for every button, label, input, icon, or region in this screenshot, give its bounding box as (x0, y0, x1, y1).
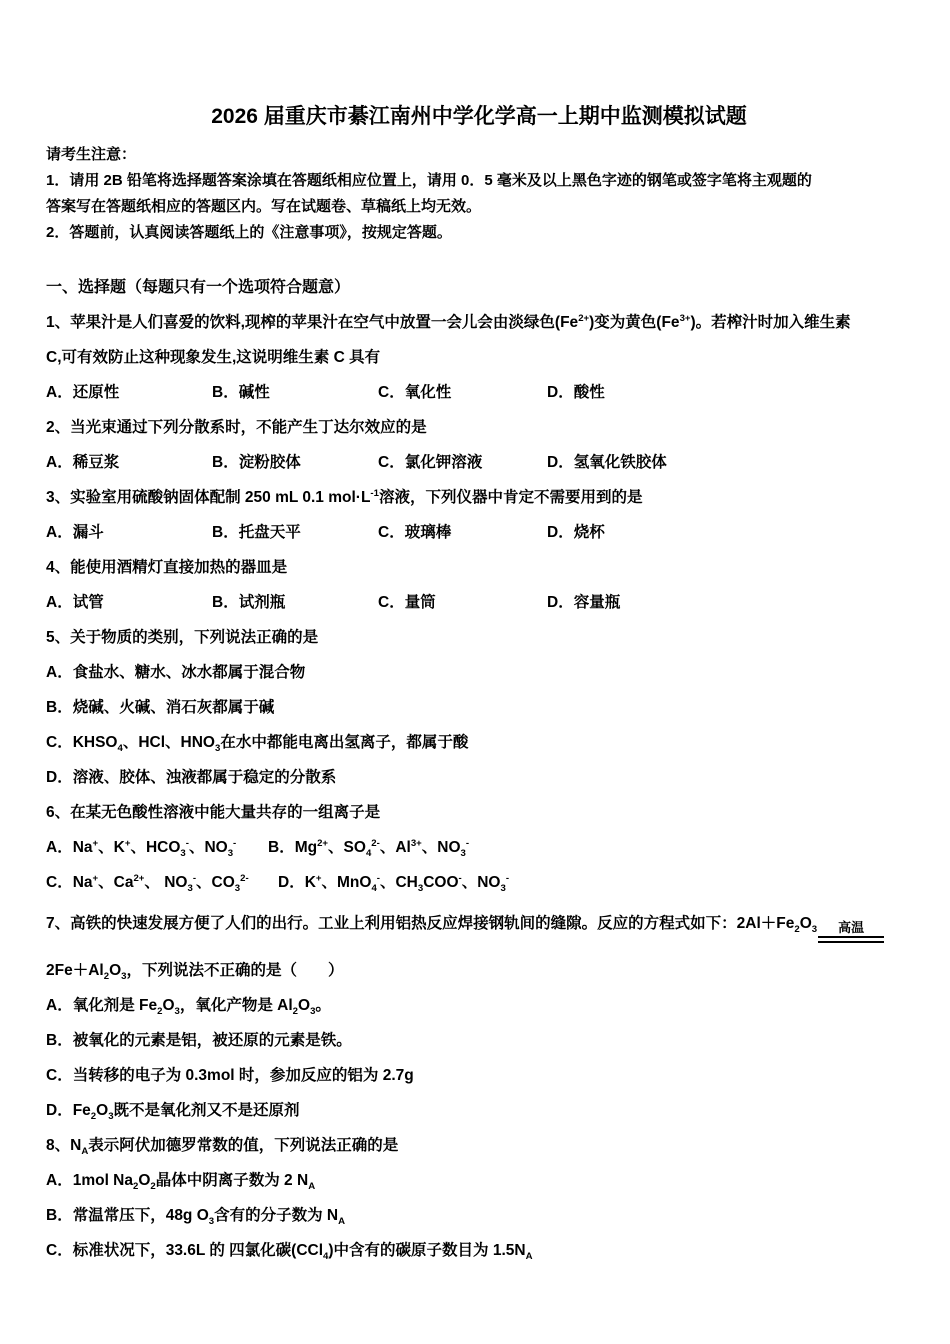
question-6-options-row-1: A．Na+、K+、HCO3-、NO3- B．Mg2+、SO42-、Al3+、NO… (46, 830, 912, 865)
question-2-options: A．稀豆浆 B．淀粉胶体 C．氯化钾溶液 D．氢氧化铁胶体 (46, 445, 912, 480)
question-7-option-c: C．当转移的电子为 0.3mol 时，参加反应的铝为 2.7g (46, 1058, 912, 1093)
question-8-option-b: B．常温常压下，48g O3含有的分子数为 NA (46, 1198, 912, 1233)
question-3-option-a: A．漏斗 (46, 515, 212, 550)
question-8: 8、NA表示阿伏加德罗常数的值，下列说法正确的是 A．1mol Na2O2晶体中… (46, 1128, 912, 1268)
question-2: 2、当光束通过下列分散系时，不能产生丁达尔效应的是 A．稀豆浆 B．淀粉胶体 C… (46, 410, 912, 480)
question-7-option-a: A．氧化剂是 Fe2O3，氧化产物是 Al2O3。 (46, 988, 912, 1023)
question-4-option-d: D．容量瓶 (547, 585, 912, 620)
notice-line-2: 答案写在答题纸相应的答题区内。写在试题卷、草稿纸上均无效。 (46, 194, 912, 220)
question-7-text-line-2: 2Fe＋Al2O3，下列说法不正确的是（ ） (46, 953, 912, 988)
question-5-option-d: D．溶液、胶体、浊液都属于稳定的分散系 (46, 760, 912, 795)
exam-title: 2026 届重庆市綦江南州中学化学高一上期中监测模拟试题 (46, 104, 912, 130)
question-2-option-a: A．稀豆浆 (46, 445, 212, 480)
question-1-option-c: C．氧化性 (378, 375, 547, 410)
question-6-option-b: B．Mg2+、SO42-、Al3+、NO3- (268, 830, 912, 865)
question-3-option-d: D．烧杯 (547, 515, 912, 550)
question-7-text-and-equation: 7、高铁的快速发展方便了人们的出行。工业上利用铝热反应焊接钢轨间的缝隙。反应的方… (46, 915, 817, 932)
question-5-text: 5、关于物质的类别，下列说法正确的是 (46, 620, 912, 655)
question-6-options-row-2: C．Na+、Ca2+、 NO3-、CO32- D．K+、MnO4-、CH3COO… (46, 865, 912, 900)
section-1-heading: 一、选择题（每题只有一个选项符合题意） (46, 270, 912, 305)
question-3-option-c: C．玻璃棒 (378, 515, 547, 550)
question-6-option-d: D．K+、MnO4-、CH3COO-、NO3- (278, 865, 912, 900)
exam-page: 2026 届重庆市綦江南州中学化学高一上期中监测模拟试题 请考生注意： 1．请用… (0, 0, 950, 1344)
notice-line-3: 2．答题前，认真阅读答题纸上的《注意事项》，按规定答题。 (46, 220, 912, 246)
question-5: 5、关于物质的类别，下列说法正确的是 A．食盐水、糖水、冰水都属于混合物 B．烧… (46, 620, 912, 795)
question-4-option-b: B．试剂瓶 (212, 585, 378, 620)
question-6-option-c: C．Na+、Ca2+、 NO3-、CO32- (46, 865, 278, 900)
question-1-text-line-2: C,可有效防止这种现象发生,这说明维生素 C 具有 (46, 340, 912, 375)
question-1-options: A．还原性 B．碱性 C．氧化性 D．酸性 (46, 375, 912, 410)
question-4-options: A．试管 B．试剂瓶 C．量筒 D．容量瓶 (46, 585, 912, 620)
question-5-option-b: B．烧碱、火碱、消石灰都属于碱 (46, 690, 912, 725)
question-6-text: 6、在某无色酸性溶液中能大量共存的一组离子是 (46, 795, 912, 830)
double-equals-line (818, 936, 884, 943)
question-4: 4、能使用酒精灯直接加热的器皿是 A．试管 B．试剂瓶 C．量筒 D．容量瓶 (46, 550, 912, 620)
question-4-option-c: C．量筒 (378, 585, 547, 620)
question-2-option-d: D．氢氧化铁胶体 (547, 445, 912, 480)
question-2-option-c: C．氯化钾溶液 (378, 445, 547, 480)
notice-heading: 请考生注意： (46, 142, 912, 168)
question-1-option-b: B．碱性 (212, 375, 378, 410)
question-3-options: A．漏斗 B．托盘天平 C．玻璃棒 D．烧杯 (46, 515, 912, 550)
question-8-option-c: C．标准状况下，33.6L 的 四氯化碳(CCl4)中含有的碳原子数目为 1.5… (46, 1233, 912, 1268)
notice-section: 请考生注意： 1．请用 2B 铅笔将选择题答案涂填在答题纸相应位置上，请用 0．… (46, 142, 912, 246)
question-6: 6、在某无色酸性溶液中能大量共存的一组离子是 A．Na+、K+、HCO3-、NO… (46, 795, 912, 900)
question-5-option-a: A．食盐水、糖水、冰水都属于混合物 (46, 655, 912, 690)
question-6-option-a: A．Na+、K+、HCO3-、NO3- (46, 830, 268, 865)
question-3-text: 3、实验室用硫酸钠固体配制 250 mL 0.1 mol·L-1溶液，下列仪器中… (46, 480, 912, 515)
question-8-option-a: A．1mol Na2O2晶体中阴离子数为 2 NA (46, 1163, 912, 1198)
question-4-text: 4、能使用酒精灯直接加热的器皿是 (46, 550, 912, 585)
question-8-text: 8、NA表示阿伏加德罗常数的值，下列说法正确的是 (46, 1128, 912, 1163)
question-1-option-a: A．还原性 (46, 375, 212, 410)
question-7-option-b: B．被氧化的元素是铝，被还原的元素是铁。 (46, 1023, 912, 1058)
question-1-text-line-1: 1、苹果汁是人们喜爱的饮料,现榨的苹果汁在空气中放置一会儿会由淡绿色(Fe2+)… (46, 305, 912, 340)
question-4-option-a: A．试管 (46, 585, 212, 620)
question-1: 1、苹果汁是人们喜爱的饮料,现榨的苹果汁在空气中放置一会儿会由淡绿色(Fe2+)… (46, 305, 912, 410)
question-1-option-d: D．酸性 (547, 375, 912, 410)
question-5-option-c: C．KHSO4、HCl、HNO3在水中都能电离出氢离子，都属于酸 (46, 725, 912, 760)
reaction-condition-over-equals: 高温 (818, 920, 884, 943)
question-2-text: 2、当光束通过下列分散系时，不能产生丁达尔效应的是 (46, 410, 912, 445)
question-3-option-b: B．托盘天平 (212, 515, 378, 550)
question-7-option-d: D．Fe2O3既不是氧化剂又不是还原剂 (46, 1093, 912, 1128)
notice-line-1: 1．请用 2B 铅笔将选择题答案涂填在答题纸相应位置上，请用 0．5 毫米及以上… (46, 168, 912, 194)
question-7: 7、高铁的快速发展方便了人们的出行。工业上利用铝热反应焊接钢轨间的缝隙。反应的方… (46, 906, 912, 1128)
question-2-option-b: B．淀粉胶体 (212, 445, 378, 480)
question-7-text-line-1: 7、高铁的快速发展方便了人们的出行。工业上利用铝热反应焊接钢轨间的缝隙。反应的方… (46, 906, 912, 941)
reaction-condition-label: 高温 (838, 920, 864, 936)
question-3: 3、实验室用硫酸钠固体配制 250 mL 0.1 mol·L-1溶液，下列仪器中… (46, 480, 912, 550)
